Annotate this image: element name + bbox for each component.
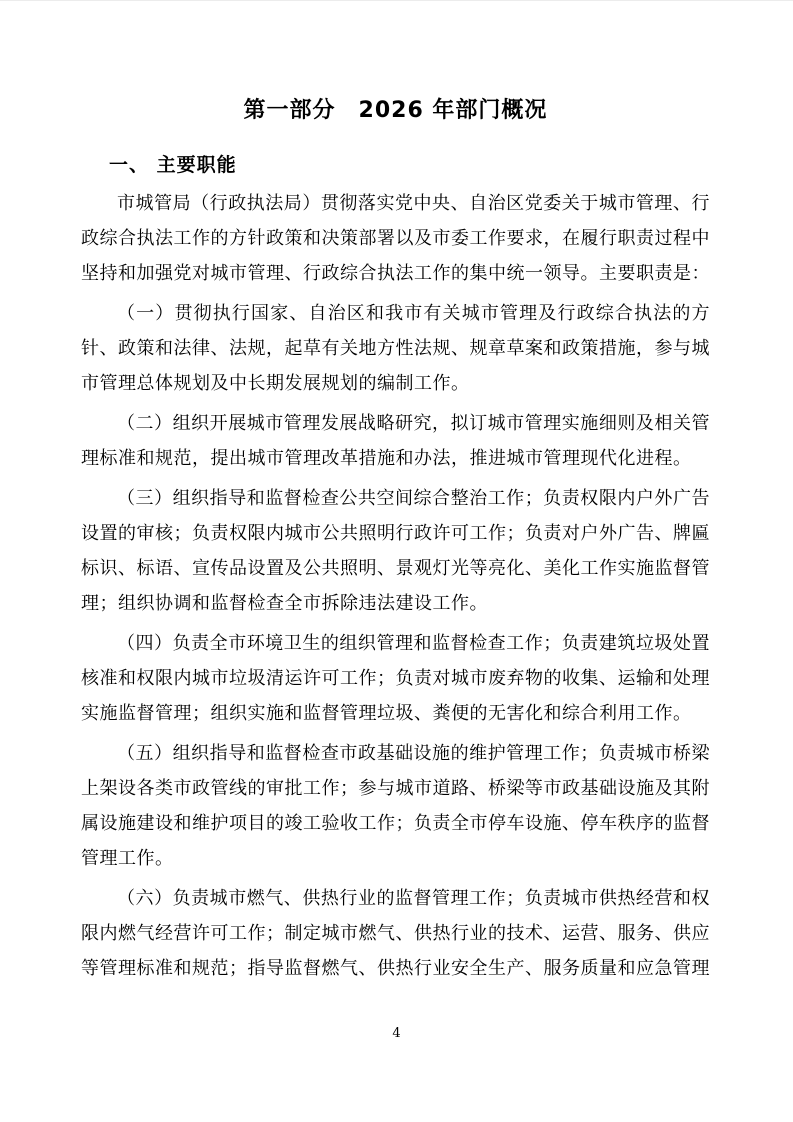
- paragraph-duty-3: （三）组织指导和监督检查公共空间综合整治工作；负责权限内户外广告设置的审核；负责…: [81, 481, 710, 621]
- page-number: 4: [0, 1026, 793, 1042]
- document-page: 第一部分 2026 年部门概况 一、 主要职能 市城管局（行政执法局）贯彻落实党…: [0, 0, 793, 1122]
- paragraph-duty-2: （二）组织开展城市管理发展战略研究，拟订城市管理实施细则及相关管理标准和规范，提…: [81, 406, 710, 476]
- paragraph-duty-6: （六）负责城市燃气、供热行业的监督管理工作；负责城市供热经营和权限内燃气经营许可…: [81, 881, 710, 986]
- paragraph-duty-1: （一）贯彻执行国家、自治区和我市有关城市管理及行政综合执法的方针、政策和法律、法…: [81, 296, 710, 401]
- paragraph-duty-4: （四）负责全市环境卫生的组织管理和监督检查工作；负责建筑垃圾处置核准和权限内城市…: [81, 626, 710, 731]
- paragraph-intro: 市城管局（行政执法局）贯彻落实党中央、自治区党委关于城市管理、行政综合执法工作的…: [81, 186, 710, 291]
- page-title: 第一部分 2026 年部门概况: [81, 97, 710, 125]
- document-body: 市城管局（行政执法局）贯彻落实党中央、自治区党委关于城市管理、行政综合执法工作的…: [81, 186, 710, 986]
- paragraph-duty-5: （五）组织指导和监督检查市政基础设施的维护管理工作；负责城市桥梁上架设各类市政管…: [81, 736, 710, 876]
- section-heading-main-functions: 一、 主要职能: [81, 152, 710, 178]
